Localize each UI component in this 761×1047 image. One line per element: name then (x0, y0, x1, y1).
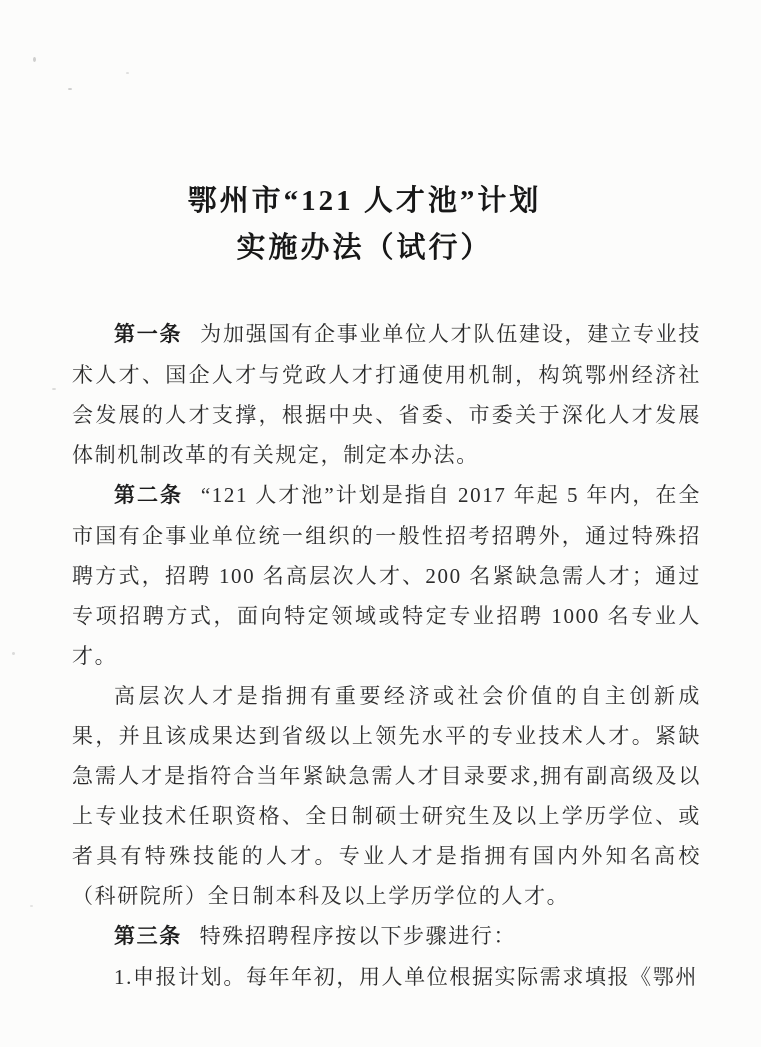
scan-speck (68, 88, 72, 90)
article-number-label: 第三条 (114, 925, 200, 948)
article-text: “121 人才池”计划是指自 2017 年起 5 年内，在全市国有企事业单位统一… (72, 483, 701, 668)
scan-speck (12, 652, 15, 655)
article-paragraph: 第一条为加强国有企事业单位人才队伍建设，建立专业技术人才、国企人才与党政人才打通… (72, 314, 701, 475)
scan-speck (30, 905, 33, 907)
scan-speck (126, 72, 129, 74)
scanned-document-page: 鄂州市“121 人才池”计划 实施办法（试行） 第一条为加强国有企事业单位人才队… (0, 0, 761, 1047)
document-body: 第一条为加强国有企事业单位人才队伍建设，建立专业技术人才、国企人才与党政人才打通… (72, 314, 701, 997)
scan-speck (33, 57, 36, 62)
article-paragraph: 第三条特殊招聘程序按以下步骤进行： (72, 916, 701, 957)
article-paragraph: 高层次人才是指拥有重要经济或社会价值的自主创新成果，并且该成果达到省级以上领先水… (72, 676, 701, 916)
article-paragraph: 第二条“121 人才池”计划是指自 2017 年起 5 年内，在全市国有企事业单… (72, 475, 701, 676)
document-title-line-1: 鄂州市“121 人才池”计划 (48, 178, 681, 225)
scan-speck (52, 388, 56, 390)
document-title: 鄂州市“121 人才池”计划 实施办法（试行） (48, 178, 681, 272)
article-text: 1.申报计划。每年年初，用人单位根据实际需求填报《鄂州 (114, 965, 698, 989)
article-text: 特殊招聘程序按以下步骤进行： (200, 924, 516, 948)
article-text: 高层次人才是指拥有重要经济或社会价值的自主创新成果，并且该成果达到省级以上领先水… (72, 684, 701, 908)
article-number-label: 第二条 (114, 484, 201, 507)
document-title-line-2: 实施办法（试行） (48, 225, 681, 272)
article-paragraph: 1.申报计划。每年年初，用人单位根据实际需求填报《鄂州 (72, 957, 701, 997)
article-number-label: 第一条 (114, 323, 200, 346)
